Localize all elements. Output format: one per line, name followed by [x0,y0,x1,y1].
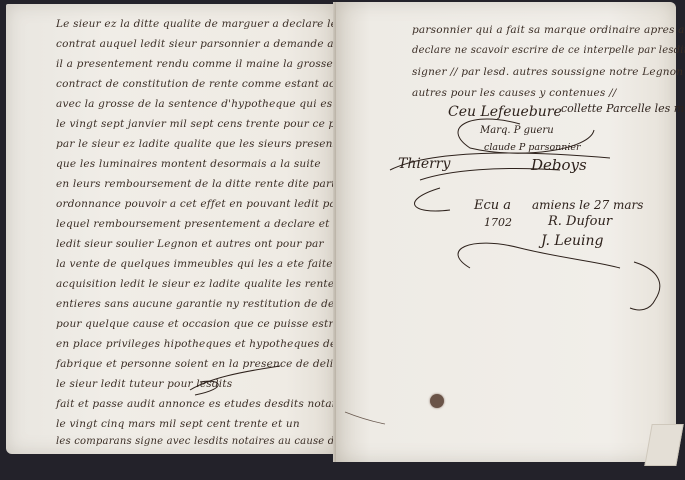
pen-flourishes [0,0,685,480]
ink-blot [430,394,444,408]
